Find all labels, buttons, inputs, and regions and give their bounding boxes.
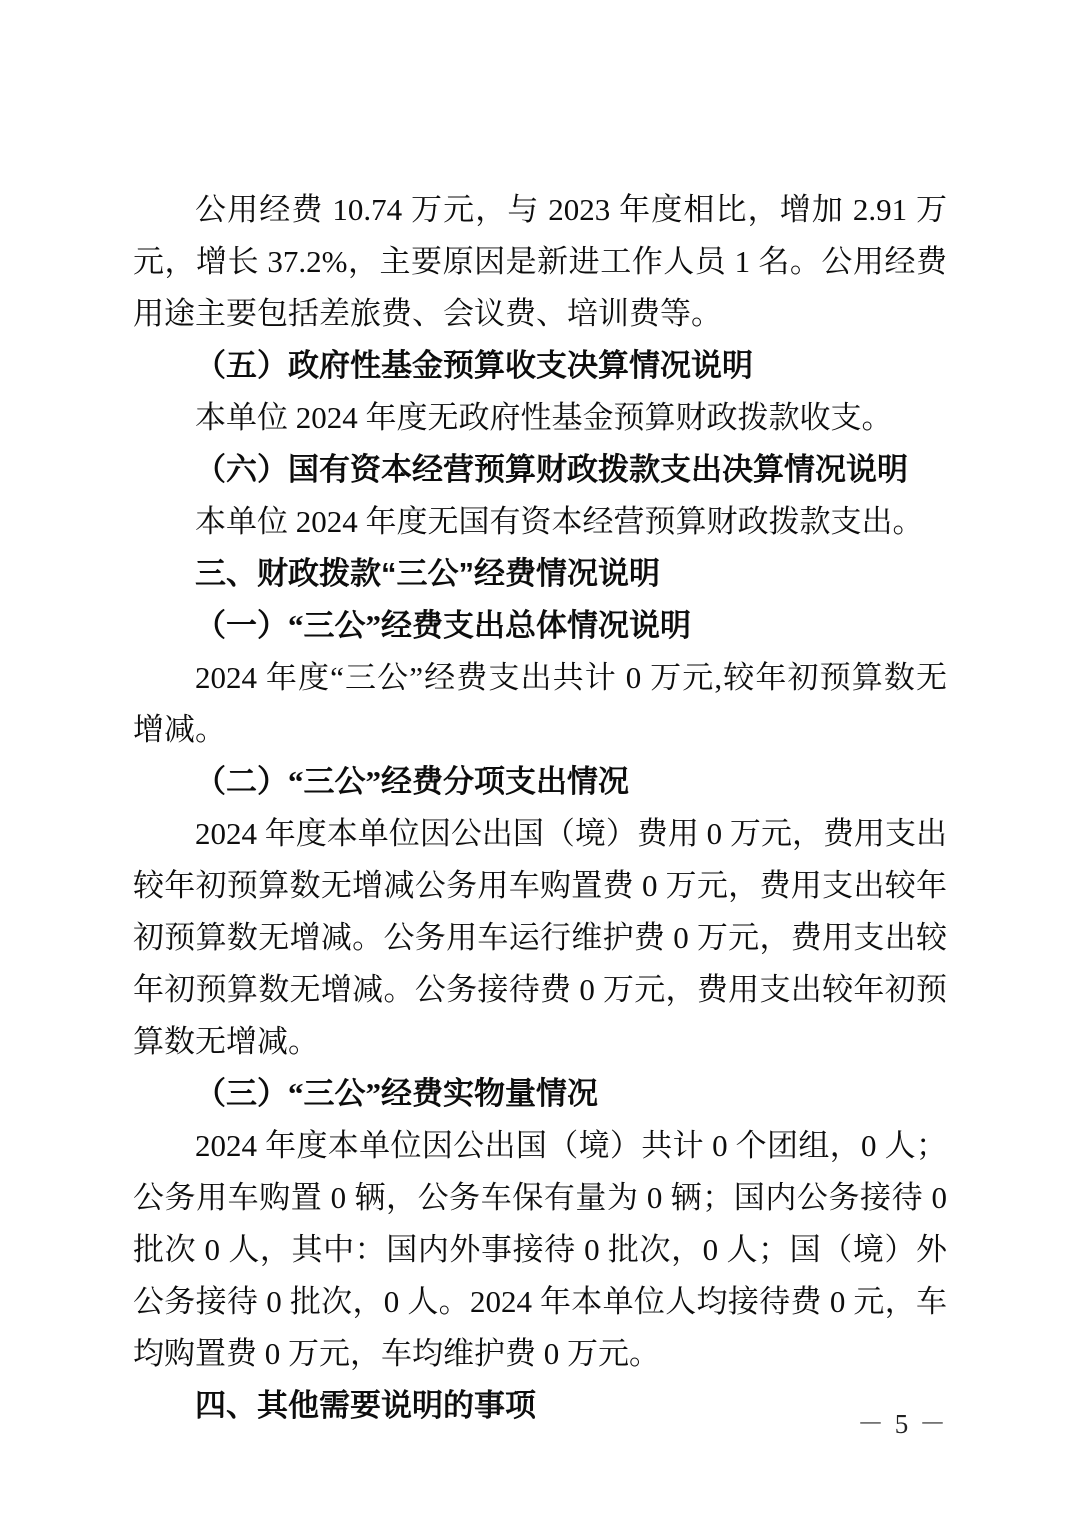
subsection-heading: （六）国有资本经营预算财政拨款支出决算情况说明 <box>133 444 947 496</box>
section-heading: 三、财政拨款“三公”经费情况说明 <box>133 548 947 600</box>
paragraph: 本单位 2024 年度无国有资本经营预算财政拨款支出。 <box>133 496 947 548</box>
document-page: { "document": { "blocks": [ { "type": "b… <box>0 0 1075 1520</box>
section-heading: 四、其他需要说明的事项 <box>133 1380 947 1432</box>
paragraph: 2024 年度“三公”经费支出共计 0 万元,较年初预算数无增减。 <box>133 652 947 756</box>
document-body: 公用经费 10.74 万元，与 2023 年度相比，增加 2.91 万元，增长 … <box>133 184 947 1432</box>
page-number: － 5 － <box>857 1404 948 1444</box>
paragraph: 2024 年度本单位因公出国（境）费用 0 万元，费用支出较年初预算数无增减公务… <box>133 808 947 1068</box>
paragraph: 本单位 2024 年度无政府性基金预算财政拨款收支。 <box>133 392 947 444</box>
subsection-heading: （五）政府性基金预算收支决算情况说明 <box>133 340 947 392</box>
subsection-heading: （三）“三公”经费实物量情况 <box>133 1068 947 1120</box>
page-background: 公用经费 10.74 万元，与 2023 年度相比，增加 2.91 万元，增长 … <box>0 0 1075 1520</box>
paragraph: 2024 年度本单位因公出国（境）共计 0 个团组，0 人；公务用车购置 0 辆… <box>133 1120 947 1380</box>
subsection-heading: （二）“三公”经费分项支出情况 <box>133 756 947 808</box>
paragraph: 公用经费 10.74 万元，与 2023 年度相比，增加 2.91 万元，增长 … <box>133 184 947 340</box>
subsection-heading: （一）“三公”经费支出总体情况说明 <box>133 600 947 652</box>
